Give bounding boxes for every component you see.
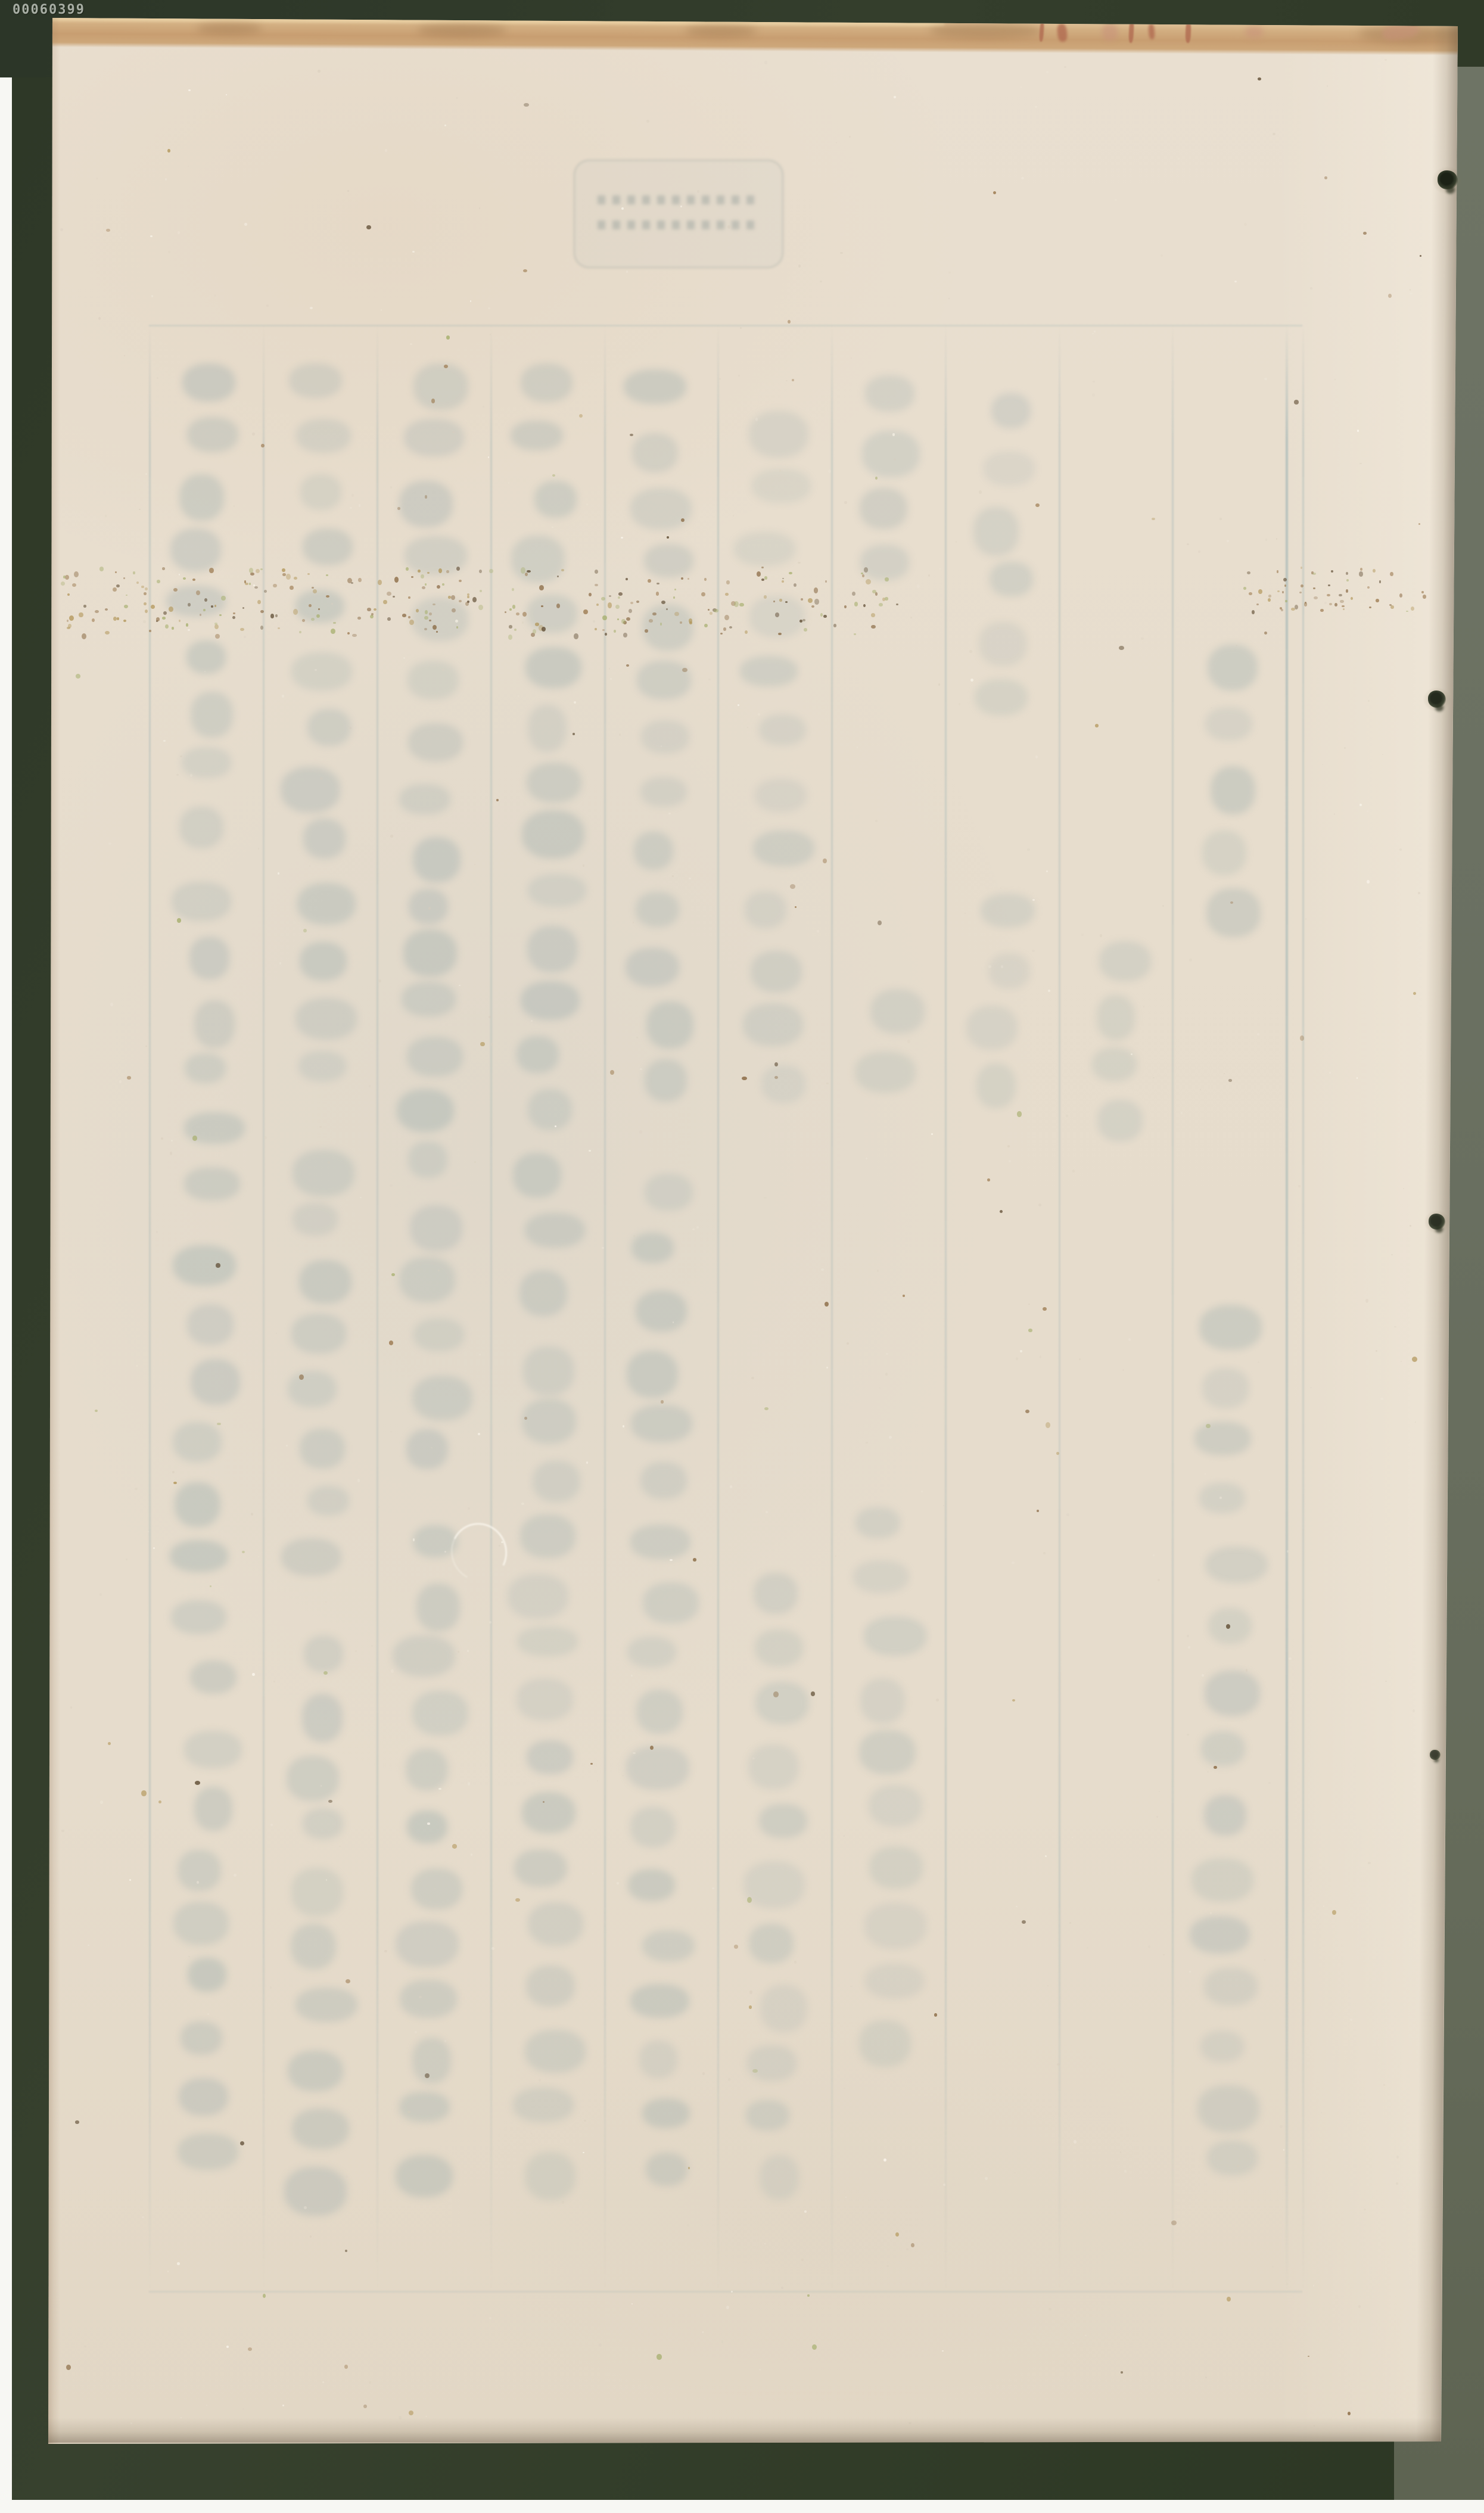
scatter-speck — [173, 1482, 177, 1484]
paper-grain — [220, 400, 222, 402]
bleed-glyph-smudge — [295, 1988, 357, 2023]
paper-grain — [794, 1961, 797, 1964]
bleed-glyph-smudge — [1197, 2085, 1259, 2132]
bleed-glyph-smudge — [534, 481, 577, 518]
foxing-speck — [162, 567, 165, 570]
bleed-glyph-smudge — [175, 1482, 220, 1527]
scatter-speck — [391, 1273, 394, 1276]
bleed-glyph-smudge — [1099, 941, 1152, 981]
scatter-speck — [911, 2243, 914, 2247]
bleed-glyph-smudge — [399, 784, 450, 814]
bleed-glyph-smudge — [304, 1635, 343, 1672]
bleed-glyph-smudge — [640, 777, 687, 807]
white-speck — [129, 1879, 132, 1881]
bleed-glyph-smudge — [179, 807, 223, 849]
white-speck — [826, 1367, 828, 1369]
white-speck — [942, 2350, 943, 2352]
paper-grain — [1141, 637, 1144, 640]
foxing-speck — [804, 628, 808, 632]
paper-grain — [1120, 2151, 1121, 2153]
bleed-glyph-smudge — [295, 590, 344, 623]
bleed-column-line — [1059, 325, 1060, 2291]
head-edge-dark-patch — [929, 23, 1043, 38]
scatter-speck — [496, 799, 498, 801]
paper-grain — [467, 1650, 469, 1652]
paper-grain — [1344, 747, 1346, 749]
bleed-glyph-smudge — [410, 1205, 462, 1251]
paper-grain — [419, 1996, 422, 1998]
foxing-speck — [357, 617, 361, 620]
paper-grain — [1069, 1922, 1071, 1924]
foxing-speck — [527, 570, 530, 573]
foxing-speck — [629, 609, 632, 613]
head-edge-dark-patch — [685, 25, 757, 37]
paper-grain — [1156, 1816, 1158, 1818]
bleed-glyph-smudge — [627, 1351, 678, 1398]
foxing-speck — [290, 586, 293, 590]
bleed-glyph-smudge — [975, 679, 1028, 716]
foxing-speck — [689, 621, 692, 624]
foxing-speck — [854, 602, 858, 606]
bleed-glyph-smudge — [869, 1785, 922, 1827]
paper-grain — [1310, 1387, 1312, 1388]
paper-grain — [821, 1268, 824, 1271]
head-edge-dark-patch — [417, 24, 506, 37]
paper-grain — [1115, 199, 1117, 201]
foxing-speck — [704, 624, 708, 627]
foxing-speck — [211, 605, 213, 608]
bleed-frame-bottom — [149, 2291, 1302, 2293]
bleed-glyph-smudge — [411, 1868, 462, 1910]
bleed-glyph-smudge — [855, 1507, 900, 1538]
foxing-speck — [233, 612, 235, 614]
foxing-speck — [1268, 595, 1272, 598]
bleed-glyph-smudge — [178, 2133, 238, 2169]
bleed-glyph-smudge — [630, 1525, 690, 1559]
scatter-speck — [366, 225, 371, 229]
scatter-speck — [825, 1302, 829, 1307]
bleed-glyph-smudge — [859, 1730, 915, 1774]
bleed-glyph-smudge — [645, 1174, 693, 1211]
bleed-glyph-smudge — [751, 951, 802, 992]
bleed-glyph-smudge — [979, 622, 1026, 666]
paper-grain — [749, 1991, 752, 1993]
paper-grain — [309, 865, 311, 867]
foxing-speck — [1285, 600, 1287, 602]
white-speck — [892, 433, 895, 436]
paper-grain — [1219, 1497, 1222, 1498]
scatter-speck — [299, 1374, 303, 1380]
foxing-speck — [172, 627, 174, 629]
paper-grain — [755, 418, 758, 421]
scatter-speck — [431, 399, 435, 403]
foxing-speck — [221, 596, 225, 601]
foxing-speck — [200, 614, 201, 616]
bleed-glyph-smudge — [860, 545, 909, 580]
paper-grain — [727, 225, 730, 229]
foxing-speck — [601, 597, 605, 601]
paper-grain — [171, 1140, 173, 1142]
paper-grain — [1128, 1338, 1131, 1341]
foxing-speck — [1314, 596, 1318, 599]
paper-grain — [1072, 1837, 1073, 1839]
bleed-glyph-smudge — [991, 393, 1031, 428]
paper-grain — [936, 1699, 939, 1702]
paper-grain — [599, 2343, 602, 2347]
paper-grain — [948, 272, 950, 274]
scatter-speck — [1028, 1329, 1032, 1332]
paper-grain — [997, 627, 999, 629]
foxing-speck — [674, 612, 679, 616]
paper-grain — [726, 2306, 729, 2309]
scatter-speck — [788, 320, 791, 324]
paper-grain — [1415, 1422, 1416, 1423]
bleed-glyph-smudge — [416, 1584, 460, 1631]
bleed-glyph-smudge — [639, 2041, 678, 2078]
paper-grain — [639, 1130, 642, 1133]
foxing-speck — [861, 573, 863, 574]
bleed-glyph-smudge — [191, 1359, 240, 1405]
foxing-speck — [508, 635, 512, 640]
paper-grain — [242, 2408, 244, 2411]
foxing-speck — [1329, 603, 1332, 605]
foxing-speck — [630, 602, 633, 604]
paper-grain — [1066, 1115, 1068, 1117]
foxing-speck — [799, 620, 802, 623]
bleed-glyph-smudge — [759, 1804, 807, 1837]
white-speck — [1359, 804, 1362, 806]
foxing-speck — [72, 583, 76, 587]
bleed-glyph-smudge — [761, 1065, 805, 1103]
bleed-column-line — [831, 325, 833, 2291]
paper-grain — [489, 1621, 491, 1624]
scatter-speck — [573, 733, 574, 735]
paper-grain — [1028, 1304, 1030, 1305]
scatter-speck — [875, 477, 878, 480]
foxing-speck — [1277, 590, 1280, 592]
paper-grain — [1012, 1562, 1015, 1565]
paper-grain — [157, 377, 158, 379]
paper-grain — [325, 1601, 326, 1603]
paper-grain — [567, 1704, 570, 1706]
paper-grain — [779, 469, 781, 472]
bleed-glyph-smudge — [528, 1902, 584, 1946]
paper-grain — [1380, 1398, 1383, 1400]
bleed-glyph-smudge — [853, 1560, 910, 1593]
paper-grain — [1205, 1473, 1206, 1475]
scatter-speck — [579, 414, 583, 418]
scatter-speck — [1022, 1920, 1025, 1924]
bleed-glyph-smudge — [864, 1903, 926, 1948]
paper-grain — [1021, 177, 1024, 179]
scatter-speck — [210, 1585, 211, 1587]
foxing-speck — [657, 583, 659, 584]
white-speck — [731, 2291, 733, 2293]
paper-grain — [1021, 86, 1022, 88]
paper-grain — [100, 1800, 103, 1803]
paper-grain — [279, 962, 281, 964]
foxing-speck — [145, 587, 147, 590]
foxing-speck — [309, 604, 312, 607]
scatter-speck — [452, 1844, 457, 1848]
foxing-speck — [123, 620, 126, 622]
paper-grain — [889, 1436, 892, 1439]
scatter-speck — [790, 884, 795, 889]
scatter-speck — [446, 335, 450, 340]
foxing-speck — [448, 596, 450, 598]
foxing-speck — [74, 571, 79, 577]
bleed-glyph-smudge — [406, 1749, 449, 1791]
bleed-glyph-smudge — [640, 1462, 687, 1499]
paper-grain — [584, 2120, 587, 2122]
bleed-glyph-smudge — [1200, 2031, 1243, 2062]
paper-grain — [442, 668, 444, 671]
white-speck — [583, 2152, 584, 2153]
bleed-glyph-smudge — [630, 1807, 676, 1848]
bleed-glyph-smudge — [412, 1376, 472, 1420]
bleed-glyph-smudge — [404, 419, 464, 456]
bleed-glyph-smudge — [646, 2153, 687, 2186]
bleed-glyph-smudge — [630, 1984, 689, 2018]
foxing-speck — [446, 570, 449, 574]
paper-grain — [143, 620, 146, 624]
bleed-glyph-smudge — [860, 488, 907, 529]
paper-grain — [764, 2243, 766, 2244]
paper-grain — [1187, 1635, 1189, 1637]
bleed-glyph-smudge — [865, 1964, 924, 1998]
paper-grain — [1323, 1905, 1324, 1907]
paper-grain — [1000, 887, 1002, 889]
bleed-glyph-smudge — [184, 1167, 240, 1200]
paper-grain — [328, 1161, 330, 1164]
foxing-speck — [282, 568, 285, 572]
bleed-glyph-smudge — [1211, 766, 1256, 814]
paper-grain — [1391, 1254, 1393, 1255]
foxing-speck — [394, 577, 399, 583]
scan-margin-bottom — [0, 2500, 1484, 2513]
white-speck — [1032, 899, 1034, 901]
paper-grain — [1289, 1657, 1292, 1660]
paper-grain — [407, 2111, 410, 2114]
foxing-speck — [871, 625, 876, 629]
paper-grain — [766, 1511, 768, 1513]
scan-id-watermark: 00060399 — [13, 2, 85, 17]
foxing-speck — [165, 624, 169, 629]
bleed-glyph-smudge — [1097, 995, 1135, 1040]
scatter-speck — [749, 2005, 752, 2008]
paper-grain — [207, 2013, 209, 2015]
paper-grain — [282, 695, 284, 698]
bleed-glyph-smudge — [525, 2152, 575, 2200]
bleed-glyph-smudge — [291, 652, 352, 691]
foxing-speck — [82, 633, 86, 639]
scatter-speck — [328, 1800, 332, 1803]
foxing-speck — [1281, 609, 1283, 611]
bleed-glyph-smudge — [631, 1233, 674, 1263]
bleed-glyph-smudge — [1205, 707, 1252, 741]
scatter-speck — [195, 1781, 200, 1784]
white-speck — [226, 94, 227, 95]
paper-grain — [273, 1681, 275, 1682]
white-speck — [153, 1547, 155, 1549]
foxing-speck — [188, 603, 191, 606]
foxing-speck — [680, 621, 682, 624]
paper-grain — [602, 1247, 604, 1249]
bleed-column-line — [1302, 325, 1304, 2291]
bleed-glyph-smudge — [630, 488, 692, 530]
paper-grain — [489, 2317, 491, 2319]
scatter-speck — [903, 1295, 905, 1297]
paper-grain — [1358, 2305, 1361, 2308]
bleed-glyph-smudge — [172, 882, 231, 921]
paper-grain — [689, 878, 691, 879]
scatter-speck — [681, 518, 685, 522]
bleed-glyph-smudge — [973, 507, 1019, 556]
foxing-speck — [596, 604, 599, 606]
foxing-speck — [1340, 600, 1343, 604]
bleed-glyph-smudge — [746, 2100, 789, 2131]
binding-hole-notch — [1446, 186, 1455, 194]
paper-grain — [1124, 2170, 1127, 2172]
bleed-glyph-smudge — [303, 1808, 343, 1839]
white-speck — [589, 1150, 591, 1152]
bleed-glyph-smudge — [626, 1746, 689, 1789]
bleed-glyph-smudge — [636, 1690, 683, 1734]
foxing-speck — [479, 570, 482, 573]
bleed-glyph-smudge — [403, 929, 457, 976]
paper-grain — [385, 149, 387, 151]
bleed-glyph-smudge — [760, 2155, 799, 2200]
bleed-glyph-smudge — [752, 469, 811, 503]
bleed-glyph-smudge — [864, 1616, 926, 1655]
paper-grain — [646, 120, 649, 122]
bleed-glyph-smudge — [186, 640, 226, 674]
bleed-glyph-smudge — [303, 528, 353, 565]
foxing-speck — [602, 615, 606, 621]
paper-grain — [939, 568, 941, 570]
paper-grain — [910, 617, 912, 618]
foxing-speck — [708, 609, 710, 611]
foxing-speck — [133, 571, 136, 574]
bleed-glyph-smudge — [642, 1930, 695, 1961]
paper-grain — [592, 1873, 594, 1874]
paper-grain — [979, 490, 982, 494]
foxing-speck — [1339, 594, 1342, 597]
paper-grain — [672, 875, 674, 877]
bleed-glyph-smudge — [402, 982, 455, 1016]
paper-grain — [1200, 1089, 1201, 1090]
bleed-glyph-smudge — [281, 767, 340, 813]
bleed-glyph-smudge — [1202, 1368, 1250, 1408]
bleed-glyph-smudge — [634, 832, 673, 870]
paper-grain — [1085, 2335, 1087, 2336]
scatter-speck — [774, 1076, 778, 1079]
scatter-speck — [512, 605, 516, 609]
bleed-glyph-smudge — [399, 1257, 456, 1302]
bleed-glyph-smudge — [523, 1346, 574, 1395]
paper-grain — [597, 1780, 598, 1781]
bleed-glyph-smudge — [300, 474, 341, 510]
foxing-speck — [209, 568, 214, 573]
bleed-glyph-smudge — [745, 891, 786, 928]
bleed-glyph-smudge — [636, 1290, 687, 1332]
bleed-glyph-smudge — [295, 998, 357, 1040]
scatter-speck — [524, 103, 529, 107]
scatter-speck — [363, 2405, 366, 2408]
scatter-speck — [807, 2294, 809, 2297]
paper-grain — [1205, 2377, 1207, 2378]
foxing-speck — [480, 590, 482, 592]
foxing-speck — [123, 577, 125, 579]
paper-grain — [359, 504, 361, 506]
bleed-glyph-smudge — [399, 2092, 450, 2122]
bleed-glyph-smudge — [170, 1540, 229, 1572]
paper-grain — [959, 703, 960, 705]
paper-grain — [1365, 1299, 1368, 1302]
bleed-glyph-smudge — [743, 1861, 805, 1908]
bleed-glyph-smudge — [300, 1429, 344, 1469]
foxing-speck — [561, 569, 564, 571]
foxing-speck — [68, 624, 71, 628]
paper-grain — [61, 1830, 64, 1832]
bleed-glyph-smudge — [517, 1626, 578, 1656]
bleed-glyph-smudge — [173, 1422, 222, 1462]
paper-grain — [692, 1228, 695, 1230]
paper-grain — [894, 458, 896, 461]
paper-grain — [425, 1205, 427, 1207]
cartouche-showthrough — [574, 160, 783, 268]
paper-grain — [1264, 1959, 1266, 1960]
foxing-speck — [621, 619, 625, 624]
bleed-glyph-smudge — [412, 598, 468, 641]
foxing-speck — [402, 614, 406, 617]
bleed-glyph-smudge — [296, 419, 351, 453]
bleed-glyph-smudge — [740, 656, 798, 686]
bleed-glyph-smudge — [173, 1902, 229, 1945]
scatter-speck — [242, 1551, 245, 1553]
foxing-speck — [1359, 571, 1363, 576]
paper-grain — [98, 317, 101, 320]
bleed-glyph-smudge — [527, 1740, 574, 1774]
bleed-glyph-smudge — [182, 747, 231, 777]
bleed-glyph-smudge — [520, 1514, 575, 1558]
scatter-speck — [742, 1077, 747, 1081]
bleed-glyph-smudge — [407, 1811, 447, 1843]
foxing-speck — [617, 618, 619, 620]
foxing-speck — [117, 617, 119, 620]
paper-grain — [105, 515, 107, 517]
bleed-glyph-smudge — [303, 819, 346, 858]
paper-grain — [668, 813, 671, 814]
paper-grain — [444, 2040, 446, 2042]
bleed-glyph-smudge — [734, 532, 795, 566]
bleed-glyph-smudge — [513, 1153, 561, 1198]
scatter-speck — [127, 1076, 131, 1080]
bleed-glyph-smudge — [407, 1037, 463, 1077]
paper-grain — [378, 1506, 379, 1508]
paper-grain — [438, 1270, 440, 1271]
bleed-glyph-smudge — [759, 714, 807, 745]
bleed-glyph-smudge — [291, 1314, 346, 1354]
foxing-speck — [864, 567, 868, 573]
bleed-glyph-smudge — [181, 2021, 223, 2054]
foxing-speck — [278, 627, 280, 629]
paper-grain — [266, 304, 268, 307]
scatter-speck — [1348, 2412, 1351, 2416]
paper-grain — [1001, 965, 1003, 968]
foxing-speck — [661, 601, 665, 604]
scatter-speck — [106, 229, 110, 232]
